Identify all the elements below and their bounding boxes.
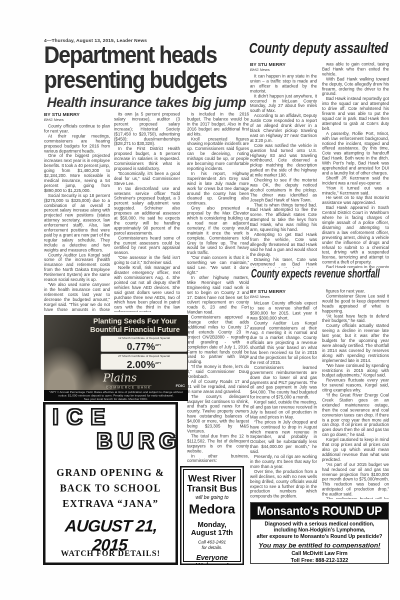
byline-org: BHG News [44, 118, 110, 123]
iceburg-event-lines: GRAND OPENING & BACK TO SCHOOL EXTRAVA “… [46, 466, 176, 513]
byline-org: BHG News [250, 295, 317, 300]
iceburg-ad: ICE BURG GRAND OPENING & BACK TO SCHOOL … [43, 402, 178, 565]
main-article-column-2: its own (a 5 percent proposed salary inc… [114, 112, 180, 312]
shortfall-article-column-2: figures for next year.Commissioner Steve… [322, 289, 389, 499]
iceburg-name-line2: BURG [97, 431, 179, 453]
bank-ad-fineprint: *APY = Annual Percentage Yield. Rates ef… [44, 390, 188, 401]
monsanto-compensation-line: You may be entitled to compensation! [251, 542, 388, 550]
cd-rate-box-1: 12 Month Certificate of Deposit Special … [101, 336, 187, 352]
transit-destination: Medora [182, 502, 243, 518]
transit-date: Monday, August 17th [182, 521, 243, 537]
bank-ad-title-line1: Planting Seeds For Your [85, 318, 185, 326]
bank-ad-title-line2: Bountiful Financial Future [85, 326, 185, 334]
article-text: is included in the 2016 budget. The bala… [187, 112, 249, 463]
bank-logo-subtext: COMMERCE BANK [106, 385, 151, 390]
iceburg-footer: WATCH FOR DETAILS! [46, 549, 176, 559]
fdic-logo: FDIC [176, 384, 185, 389]
apy-label: APY [155, 344, 161, 347]
main-headline: Department heads presenting budgets [44, 43, 247, 93]
article-text: McLean County officials expect to see a … [250, 301, 317, 499]
transit-going: will be going to [182, 495, 243, 501]
bank-ad: Planting Seeds For Your Bountiful Financ… [44, 315, 188, 401]
article-text: It can happen in any state in the union … [250, 74, 317, 268]
monsanto-ad: Monsanto's ROUND UP Diagnosed with a ser… [250, 502, 389, 564]
main-subhead: Health insurance takes big jump [44, 95, 249, 111]
deputy-article-headline: County deputy assaulted [249, 40, 388, 57]
deputy-article-column-2: was able to gain control, tasing Bad Haw… [322, 62, 389, 268]
bank-ad-title: Planting Seeds For Your Bountiful Financ… [85, 318, 185, 335]
cd-rate-box-2: 27 Month Certificate of Deposit Special … [101, 354, 187, 370]
cd-rate-value: 0.77%APY [101, 341, 187, 352]
main-headline-line2: presenting budgets [44, 68, 227, 93]
monsanto-ad-body: Diagnosed with a serious medical conditi… [251, 522, 388, 565]
transit-ad: West River Transit Bus will be going to … [180, 466, 244, 565]
article-text: County officials continue to plan for ne… [44, 124, 110, 312]
iceburg-name-line1: ICE [53, 407, 114, 429]
transit-name: West River Transit Bus [182, 474, 243, 494]
shortfall-article-column-1: BY STU MERRY BHG News McLean County offi… [250, 289, 317, 499]
main-article-column-1: BY STU MERRY BHG News County officials c… [44, 112, 110, 312]
article-text: figures for next year.Commissioner Steve… [322, 289, 389, 499]
apy-label: APY [155, 362, 161, 365]
byline-org: BHG News [250, 68, 317, 73]
article-text: was able to gain control, tasing Bad Haw… [322, 62, 389, 268]
main-headline-line1: Department heads [44, 43, 227, 68]
newspaper-page: 4—Thursday, August 13, 2015, Leader News… [0, 0, 400, 600]
cd-rate-value: 2.00%APY [101, 359, 187, 370]
transit-phone: Call 463-2491 for details. [182, 540, 243, 551]
monsanto-ad-header: Monsanto's ROUND UP [251, 503, 388, 520]
transit-welcome: Everyone Welcome! [182, 554, 243, 566]
main-article-column-3: is included in the 2016 budget. The bala… [187, 112, 249, 463]
deputy-article-column-1: BY STU MERRY BHG News It can happen in a… [250, 62, 317, 268]
monsanto-contact: Call McDivitt Law Firm Toll Free: 888-21… [251, 551, 388, 564]
article-text: its own (a 5 percent proposed salary inc… [114, 112, 180, 312]
shortfall-article-headline: County expects revenue shortfall [251, 267, 380, 281]
bank-logo: Plains [103, 373, 137, 384]
